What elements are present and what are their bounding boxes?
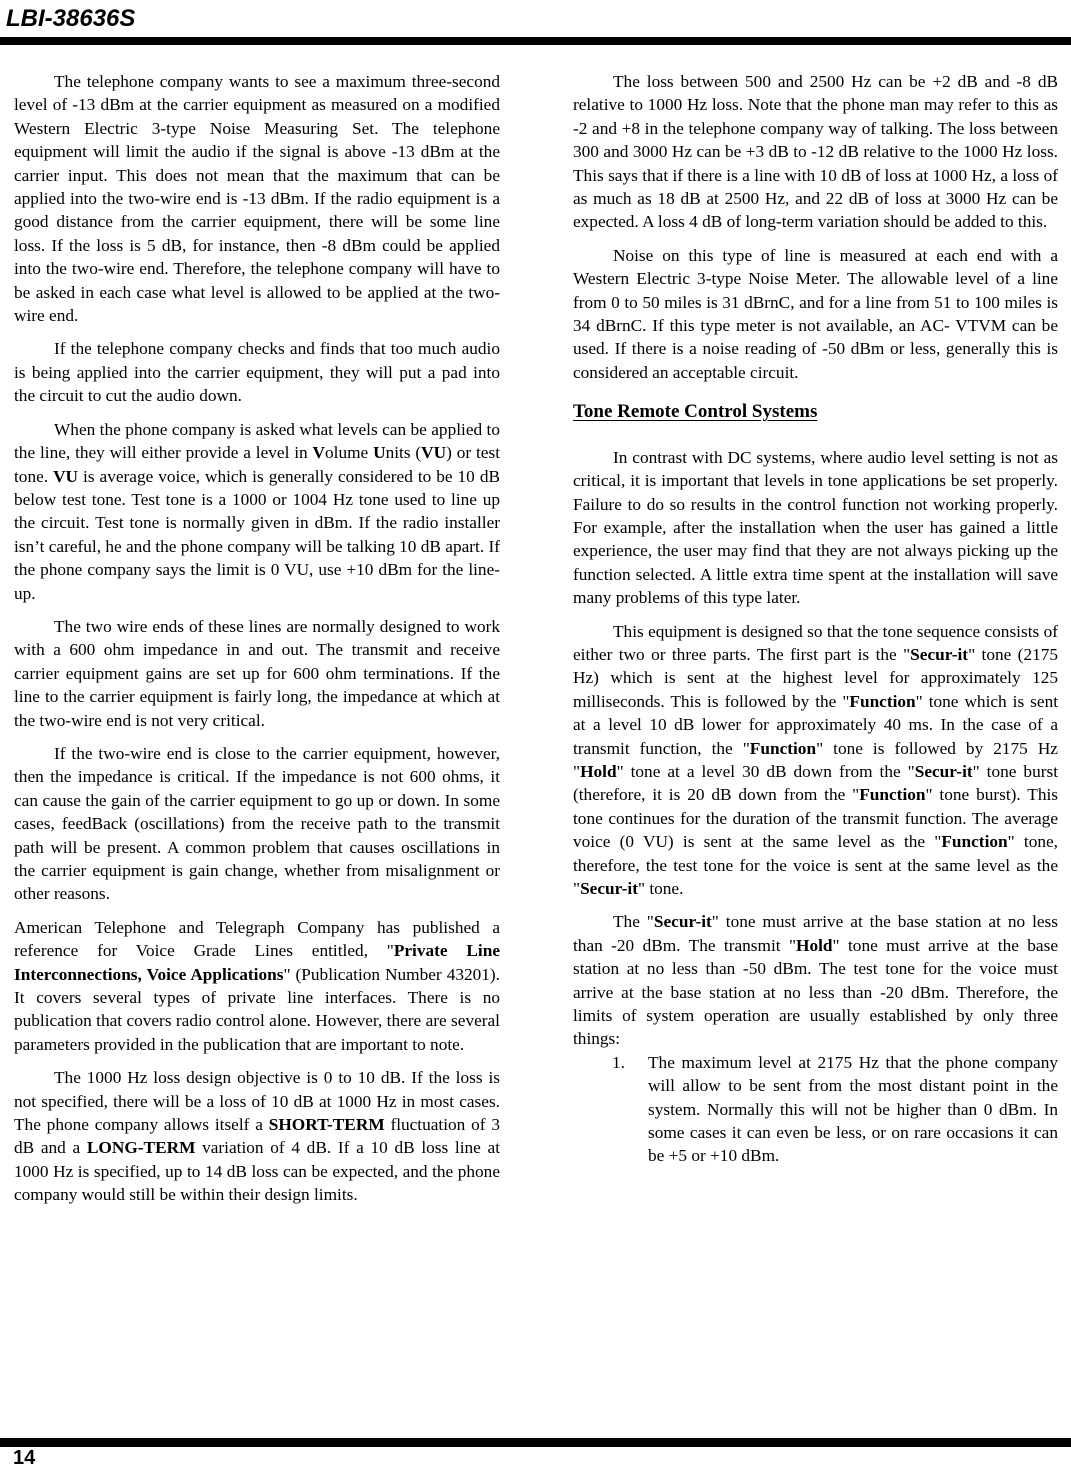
bold-text: Hold <box>580 762 617 781</box>
bold-text: Secur-it <box>910 645 968 664</box>
text-run: The telephone company wants to see a max… <box>14 72 500 325</box>
paragraph: American Telephone and Telegraph Company… <box>14 916 500 1056</box>
text-run: nits ( <box>386 443 422 462</box>
text-run: Noise on this type of line is measured a… <box>573 246 1058 382</box>
paragraph: The 1000 Hz loss design objective is 0 t… <box>14 1066 500 1206</box>
paragraph: This equipment is designed so that the t… <box>573 620 1058 901</box>
bold-text: U <box>373 443 385 462</box>
paragraph: If the telephone company checks and find… <box>14 337 500 407</box>
section-heading: Tone Remote Control Systems <box>573 400 1058 423</box>
page-number: 14 <box>13 1447 35 1469</box>
text-run: " tone. <box>638 879 683 898</box>
bold-text: Hold <box>796 936 833 955</box>
bold-text: VU <box>421 443 446 462</box>
text-run: If the two-wire end is close to the carr… <box>14 744 500 903</box>
text-run: The maximum level at 2175 Hz that the ph… <box>648 1053 1058 1166</box>
paragraph: If the two-wire end is close to the carr… <box>14 742 500 906</box>
bold-text: Function <box>750 739 816 758</box>
text-run: In contrast with DC systems, where audio… <box>573 448 1058 607</box>
left-column: The telephone company wants to see a max… <box>14 70 500 1217</box>
text-run: olume <box>325 443 373 462</box>
bold-text: Secur-it <box>580 879 638 898</box>
paragraph: The "Secur-it" tone must arrive at the b… <box>573 910 1058 1050</box>
bold-text: VU <box>53 467 78 486</box>
paragraph: When the phone company is asked what lev… <box>14 418 500 605</box>
paragraph: Noise on this type of line is measured a… <box>573 244 1058 384</box>
list-item-text: The maximum level at 2175 Hz that the ph… <box>648 1051 1058 1168</box>
paragraph: The telephone company wants to see a max… <box>14 70 500 327</box>
header-rule <box>0 37 1071 45</box>
bold-text: SHORT-TERM <box>269 1115 385 1134</box>
bold-text: Function <box>941 832 1007 851</box>
bold-text: Secur-it <box>654 912 712 931</box>
text-run: The " <box>613 912 654 931</box>
bold-text: Function <box>859 785 925 804</box>
footer-rule <box>0 1438 1071 1447</box>
text-run: The loss between 500 and 2500 Hz can be … <box>573 72 1058 231</box>
numbered-list: 1.The maximum level at 2175 Hz that the … <box>573 1051 1058 1168</box>
list-marker: 1. <box>612 1051 648 1168</box>
document-id: LBI-38636S <box>6 5 135 33</box>
text-run: is average voice, which is generally con… <box>14 467 500 603</box>
right-column: The loss between 500 and 2500 Hz can be … <box>573 70 1058 1217</box>
list-item: 1.The maximum level at 2175 Hz that the … <box>573 1051 1058 1168</box>
paragraph: The two wire ends of these lines are nor… <box>14 615 500 732</box>
text-run: If the telephone company checks and find… <box>14 339 500 405</box>
paragraph: The loss between 500 and 2500 Hz can be … <box>573 70 1058 234</box>
text-run: The two wire ends of these lines are nor… <box>14 617 500 730</box>
page-body: The telephone company wants to see a max… <box>14 70 1058 1217</box>
bold-text: Secur-it <box>915 762 973 781</box>
bold-text: V <box>313 443 325 462</box>
paragraph: In contrast with DC systems, where audio… <box>573 446 1058 610</box>
bold-text: LONG-TERM <box>87 1138 196 1157</box>
document-page: { "header": { "doc_id": "LBI-38636S" }, … <box>0 0 1071 1469</box>
text-run: " tone at a level 30 dB down from the " <box>617 762 915 781</box>
bold-text: Function <box>849 692 915 711</box>
